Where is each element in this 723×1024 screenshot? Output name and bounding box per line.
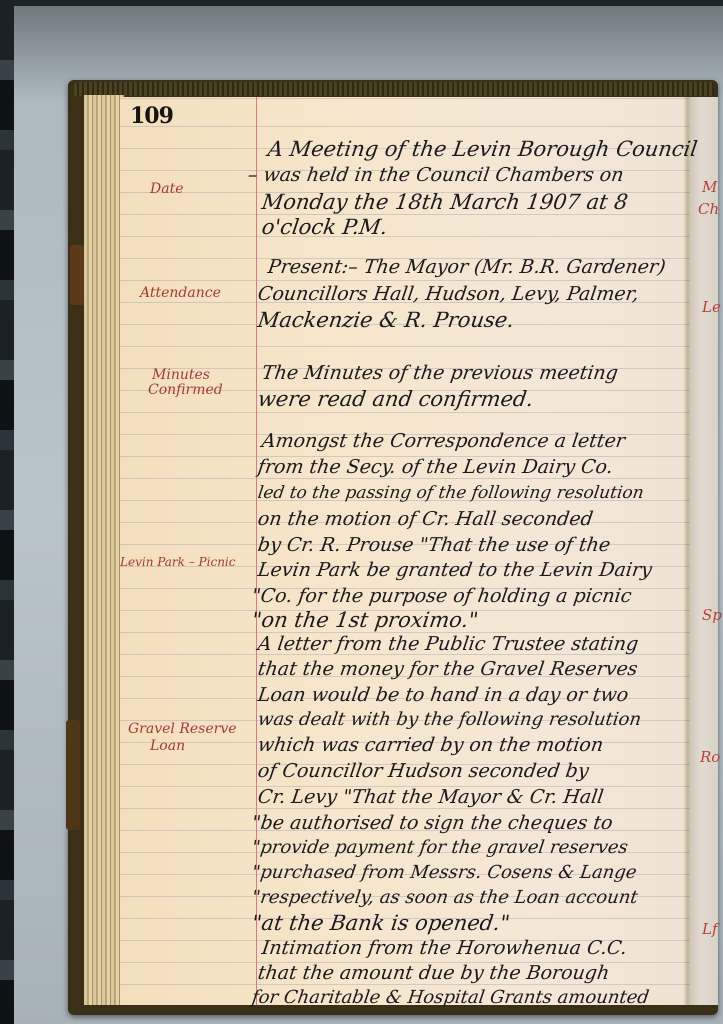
facing-fragment: Ch	[698, 200, 719, 218]
minute-line: Present:– The Mayor (Mr. B.R. Gardener)	[266, 254, 667, 280]
page-number: 109	[130, 103, 173, 129]
minute-line: "be authorised to sign the cheques to	[250, 810, 614, 836]
minute-line: on the motion of Cr. Hall seconded	[256, 506, 595, 532]
leather-tab-lower	[66, 720, 80, 830]
minute-line: "provide payment for the gravel reserves	[250, 835, 629, 861]
page-edges	[84, 95, 124, 1005]
margin-note-levin-park-picnic: Levin Park – Picnic	[120, 553, 235, 571]
minute-line: Loan would be to hand in a day or two	[256, 682, 630, 708]
minute-line: "purchased from Messrs. Cosens & Lange	[250, 860, 638, 886]
margin-note-loan: Loan	[150, 737, 185, 755]
minute-line: Mackenzie & R. Prouse.	[256, 307, 516, 333]
minute-line: was dealt with by the following resoluti…	[256, 707, 643, 733]
minute-line: "respectively, as soon as the Loan accou…	[250, 885, 639, 911]
minute-line: led to the passing of the following reso…	[256, 480, 645, 506]
facing-fragment: M	[702, 178, 717, 196]
minute-line: for Charitable & Hospital Grants amounte…	[250, 985, 651, 1011]
minute-line: o'clock P.M.	[260, 214, 389, 240]
minute-line: from the Secy. of the Levin Dairy Co.	[256, 454, 614, 480]
margin-note-gravel-reserve: Gravel Reserve	[128, 720, 237, 738]
minute-line: were read and confirmed.	[256, 386, 535, 412]
minute-line: Amongst the Correspondence a letter	[260, 428, 627, 454]
facing-fragment: Sp	[702, 606, 722, 624]
leather-tab	[70, 245, 84, 305]
minute-line: The Minutes of the previous meeting	[260, 360, 620, 386]
scan-top-edge	[0, 0, 723, 6]
facing-page	[690, 97, 718, 1005]
minute-line: Councillors Hall, Hudson, Levy, Palmer,	[256, 281, 640, 307]
margin-note-attendance: Attendance	[140, 284, 221, 302]
minute-line: that the money for the Gravel Reserves	[256, 656, 639, 682]
facing-fragment: Le	[702, 298, 721, 316]
minute-line: "on the 1st proximo."	[250, 607, 480, 633]
minute-line: "at the Bank is opened."	[250, 910, 511, 936]
margin-note-confirmed: Confirmed	[148, 381, 223, 399]
minute-line: by Cr. R. Prouse "That the use of the	[256, 532, 612, 558]
facing-fragment: Ro	[700, 748, 720, 766]
minute-line: Levin Park be granted to the Levin Dairy	[256, 557, 654, 583]
minute-line: Cr. Levy "That the Mayor & Cr. Hall	[256, 784, 605, 810]
film-strip-edge	[0, 0, 14, 1024]
margin-note-date: Date	[150, 180, 183, 198]
book-spine-top	[74, 82, 714, 96]
minute-line: of Councillor Hudson seconded by	[256, 758, 590, 784]
minute-line: that the amount due by the Borough	[256, 960, 611, 986]
minute-line: A Meeting of the Levin Borough Council	[266, 136, 699, 162]
minute-line: "Co. for the purpose of holding a picnic	[250, 583, 633, 609]
minute-line: A letter from the Public Trustee stating	[256, 631, 640, 657]
facing-fragment: Lf	[702, 920, 718, 938]
minute-line: which was carried by on the motion	[256, 732, 605, 758]
minute-line: Intimation from the Horowhenua C.C.	[260, 935, 629, 961]
minute-line: Monday the 18th March 1907 at 8	[260, 189, 629, 215]
minute-line: – was held in the Council Chambers on	[246, 162, 625, 188]
